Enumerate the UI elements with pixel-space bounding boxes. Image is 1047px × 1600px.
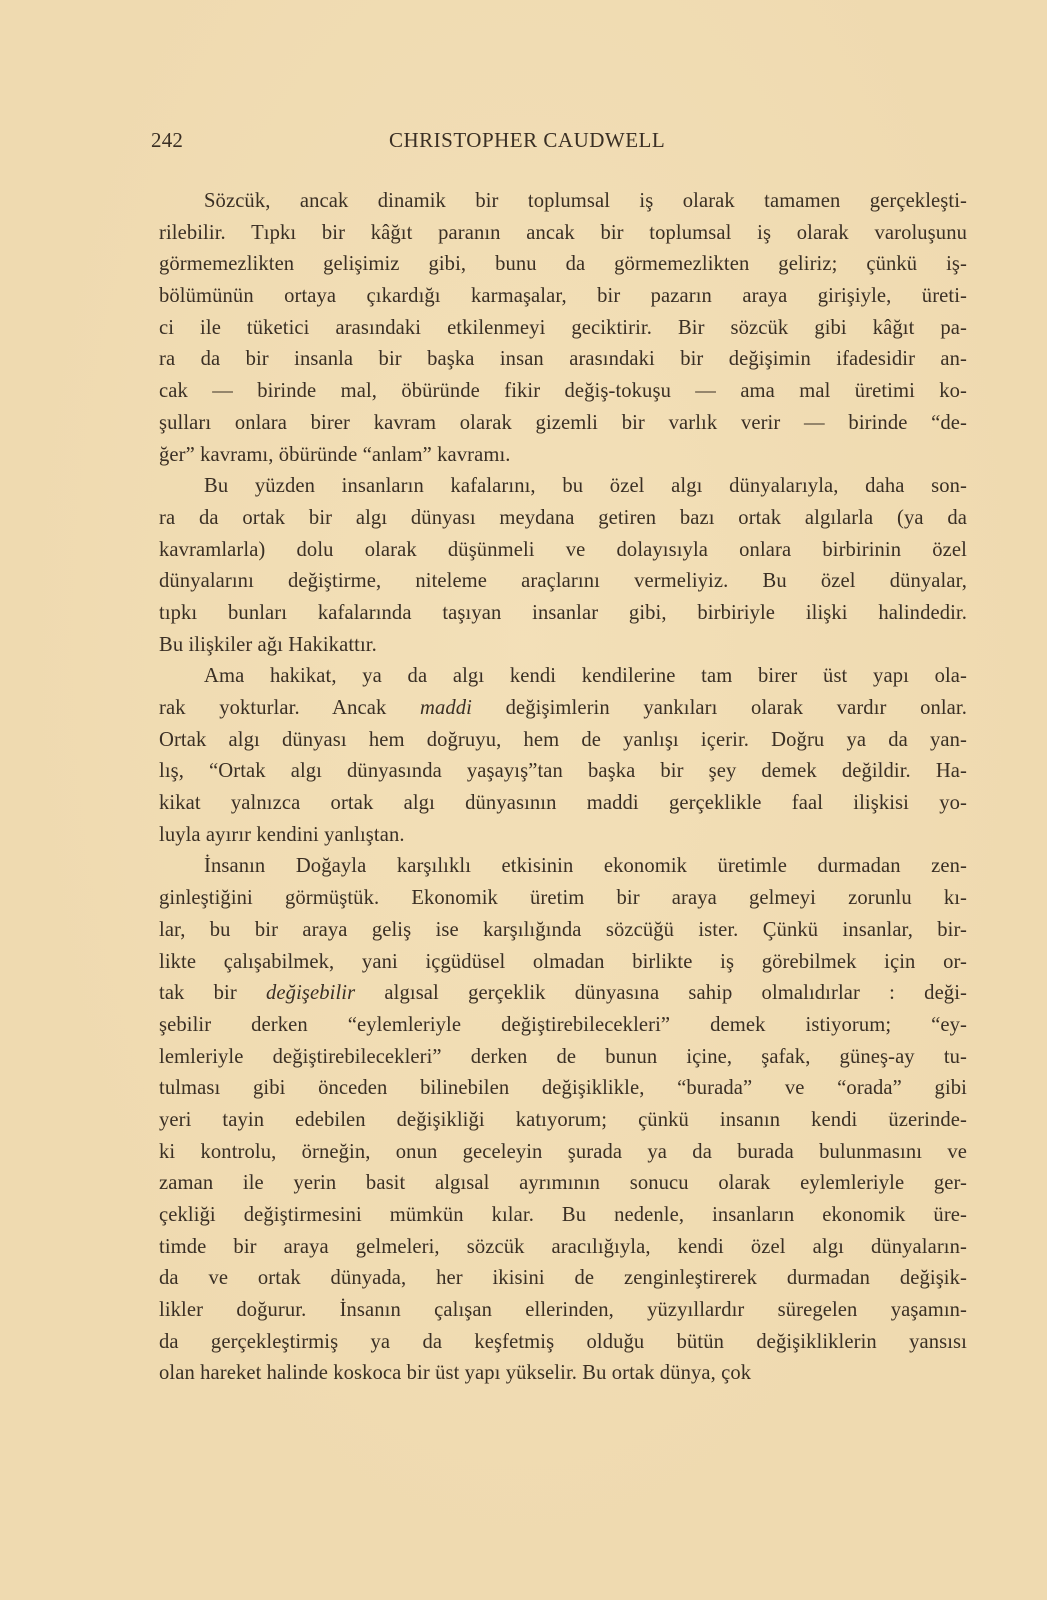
paragraph: İnsanın Doğayla karşılıklı etkisinin eko…	[159, 851, 967, 1390]
text-line: zaman ile yerin basit algısal ayrımının …	[159, 1168, 967, 1200]
text-line: timde bir araya gelmeleri, sözcük aracıl…	[159, 1232, 967, 1264]
text-line: olan hareket halinde koskoca bir üst yap…	[159, 1358, 967, 1390]
body-text: Sözcük, ancak dinamik bir toplumsal iş o…	[159, 186, 967, 1390]
text-line: Ama hakikat, ya da algı kendi kendilerin…	[159, 661, 967, 693]
italic-term: değişebilir	[266, 982, 355, 1004]
text-line: lış, “Ortak algı dünyasında yaşayış”tan …	[159, 756, 967, 788]
text-line: yeri tayin edebilen değişikliği katıyoru…	[159, 1105, 967, 1137]
text-line: likte çalışabilmek, yani içgüdüsel olmad…	[159, 947, 967, 979]
text-line: Bu ilişkiler ağı Hakikattır.	[159, 630, 967, 662]
text-line: şebilir derken “eylemleriyle değiştirebi…	[159, 1010, 967, 1042]
paragraph: Sözcük, ancak dinamik bir toplumsal iş o…	[159, 186, 967, 471]
text-line: cak — birinde mal, öbüründe fikir değiş-…	[159, 376, 967, 408]
paragraph: Ama hakikat, ya da algı kendi kendilerin…	[159, 661, 967, 851]
text-line: Bu yüzden insanların kafalarını, bu özel…	[159, 471, 967, 503]
text-line: dünyalarını değiştirme, niteleme araçlar…	[159, 566, 967, 598]
paragraph: Bu yüzden insanların kafalarını, bu özel…	[159, 471, 967, 661]
text-line: Sözcük, ancak dinamik bir toplumsal iş o…	[159, 186, 967, 218]
text-line: görmemezlikten gelişimiz gibi, bunu da g…	[159, 249, 967, 281]
text-line: tulması gibi önceden bilinebilen değişik…	[159, 1073, 967, 1105]
text-line: ginleştiğini görmüştük. Ekonomik üretim …	[159, 883, 967, 915]
text-line: ki kontrolu, örneğin, onun geceleyin şur…	[159, 1137, 967, 1169]
text-line: şulları onlara birer kavram olarak gizem…	[159, 408, 967, 440]
text-line: çekliği değiştirmesini mümkün kılar. Bu …	[159, 1200, 967, 1232]
text-line: tak bir değişebilir algısal gerçeklik dü…	[159, 978, 967, 1010]
text-line: luyla ayırır kendini yanlıştan.	[159, 820, 967, 852]
text-line: kavramlarla) dolu olarak düşünmeli ve do…	[159, 535, 967, 567]
text-line: bölümünün ortaya çıkardığı karmaşalar, b…	[159, 281, 967, 313]
text-line: ra da ortak bir algı dünyası meydana get…	[159, 503, 967, 535]
running-head: 242 CHRISTOPHER CAUDWELL	[151, 128, 957, 158]
text-line: tıpkı bunları kafalarında taşıyan insanl…	[159, 598, 967, 630]
text-line: lemleriyle değiştirebilecekleri” derken …	[159, 1042, 967, 1074]
text-line: rilebilir. Tıpkı bir kâğıt paranın ancak…	[159, 218, 967, 250]
text-line: likler doğurur. İnsanın çalışan ellerind…	[159, 1295, 967, 1327]
text-line: ci ile tüketici arasındaki etkilenmeyi g…	[159, 313, 967, 345]
book-page: 242 CHRISTOPHER CAUDWELL Sözcük, ancak d…	[0, 0, 1047, 1600]
italic-term: maddi	[420, 697, 472, 719]
text-line: da gerçekleştirmiş ya da keşfetmiş olduğ…	[159, 1327, 967, 1359]
text-line: Ortak algı dünyası hem doğruyu, hem de y…	[159, 725, 967, 757]
text-line: rak yokturlar. Ancak maddi değişimlerin …	[159, 693, 967, 725]
page-number: 242	[151, 128, 183, 153]
running-title: CHRISTOPHER CAUDWELL	[389, 128, 665, 153]
text-line: İnsanın Doğayla karşılıklı etkisinin eko…	[159, 851, 967, 883]
text-line: ra da bir insanla bir başka insan arasın…	[159, 344, 967, 376]
text-line: da ve ortak dünyada, her ikisini de zeng…	[159, 1263, 967, 1295]
text-line: ğer” kavramı, öbüründe “anlam” kavramı.	[159, 440, 967, 472]
text-line: kikat yalnızca ortak algı dünyasının mad…	[159, 788, 967, 820]
text-line: lar, bu bir araya geliş ise karşılığında…	[159, 915, 967, 947]
